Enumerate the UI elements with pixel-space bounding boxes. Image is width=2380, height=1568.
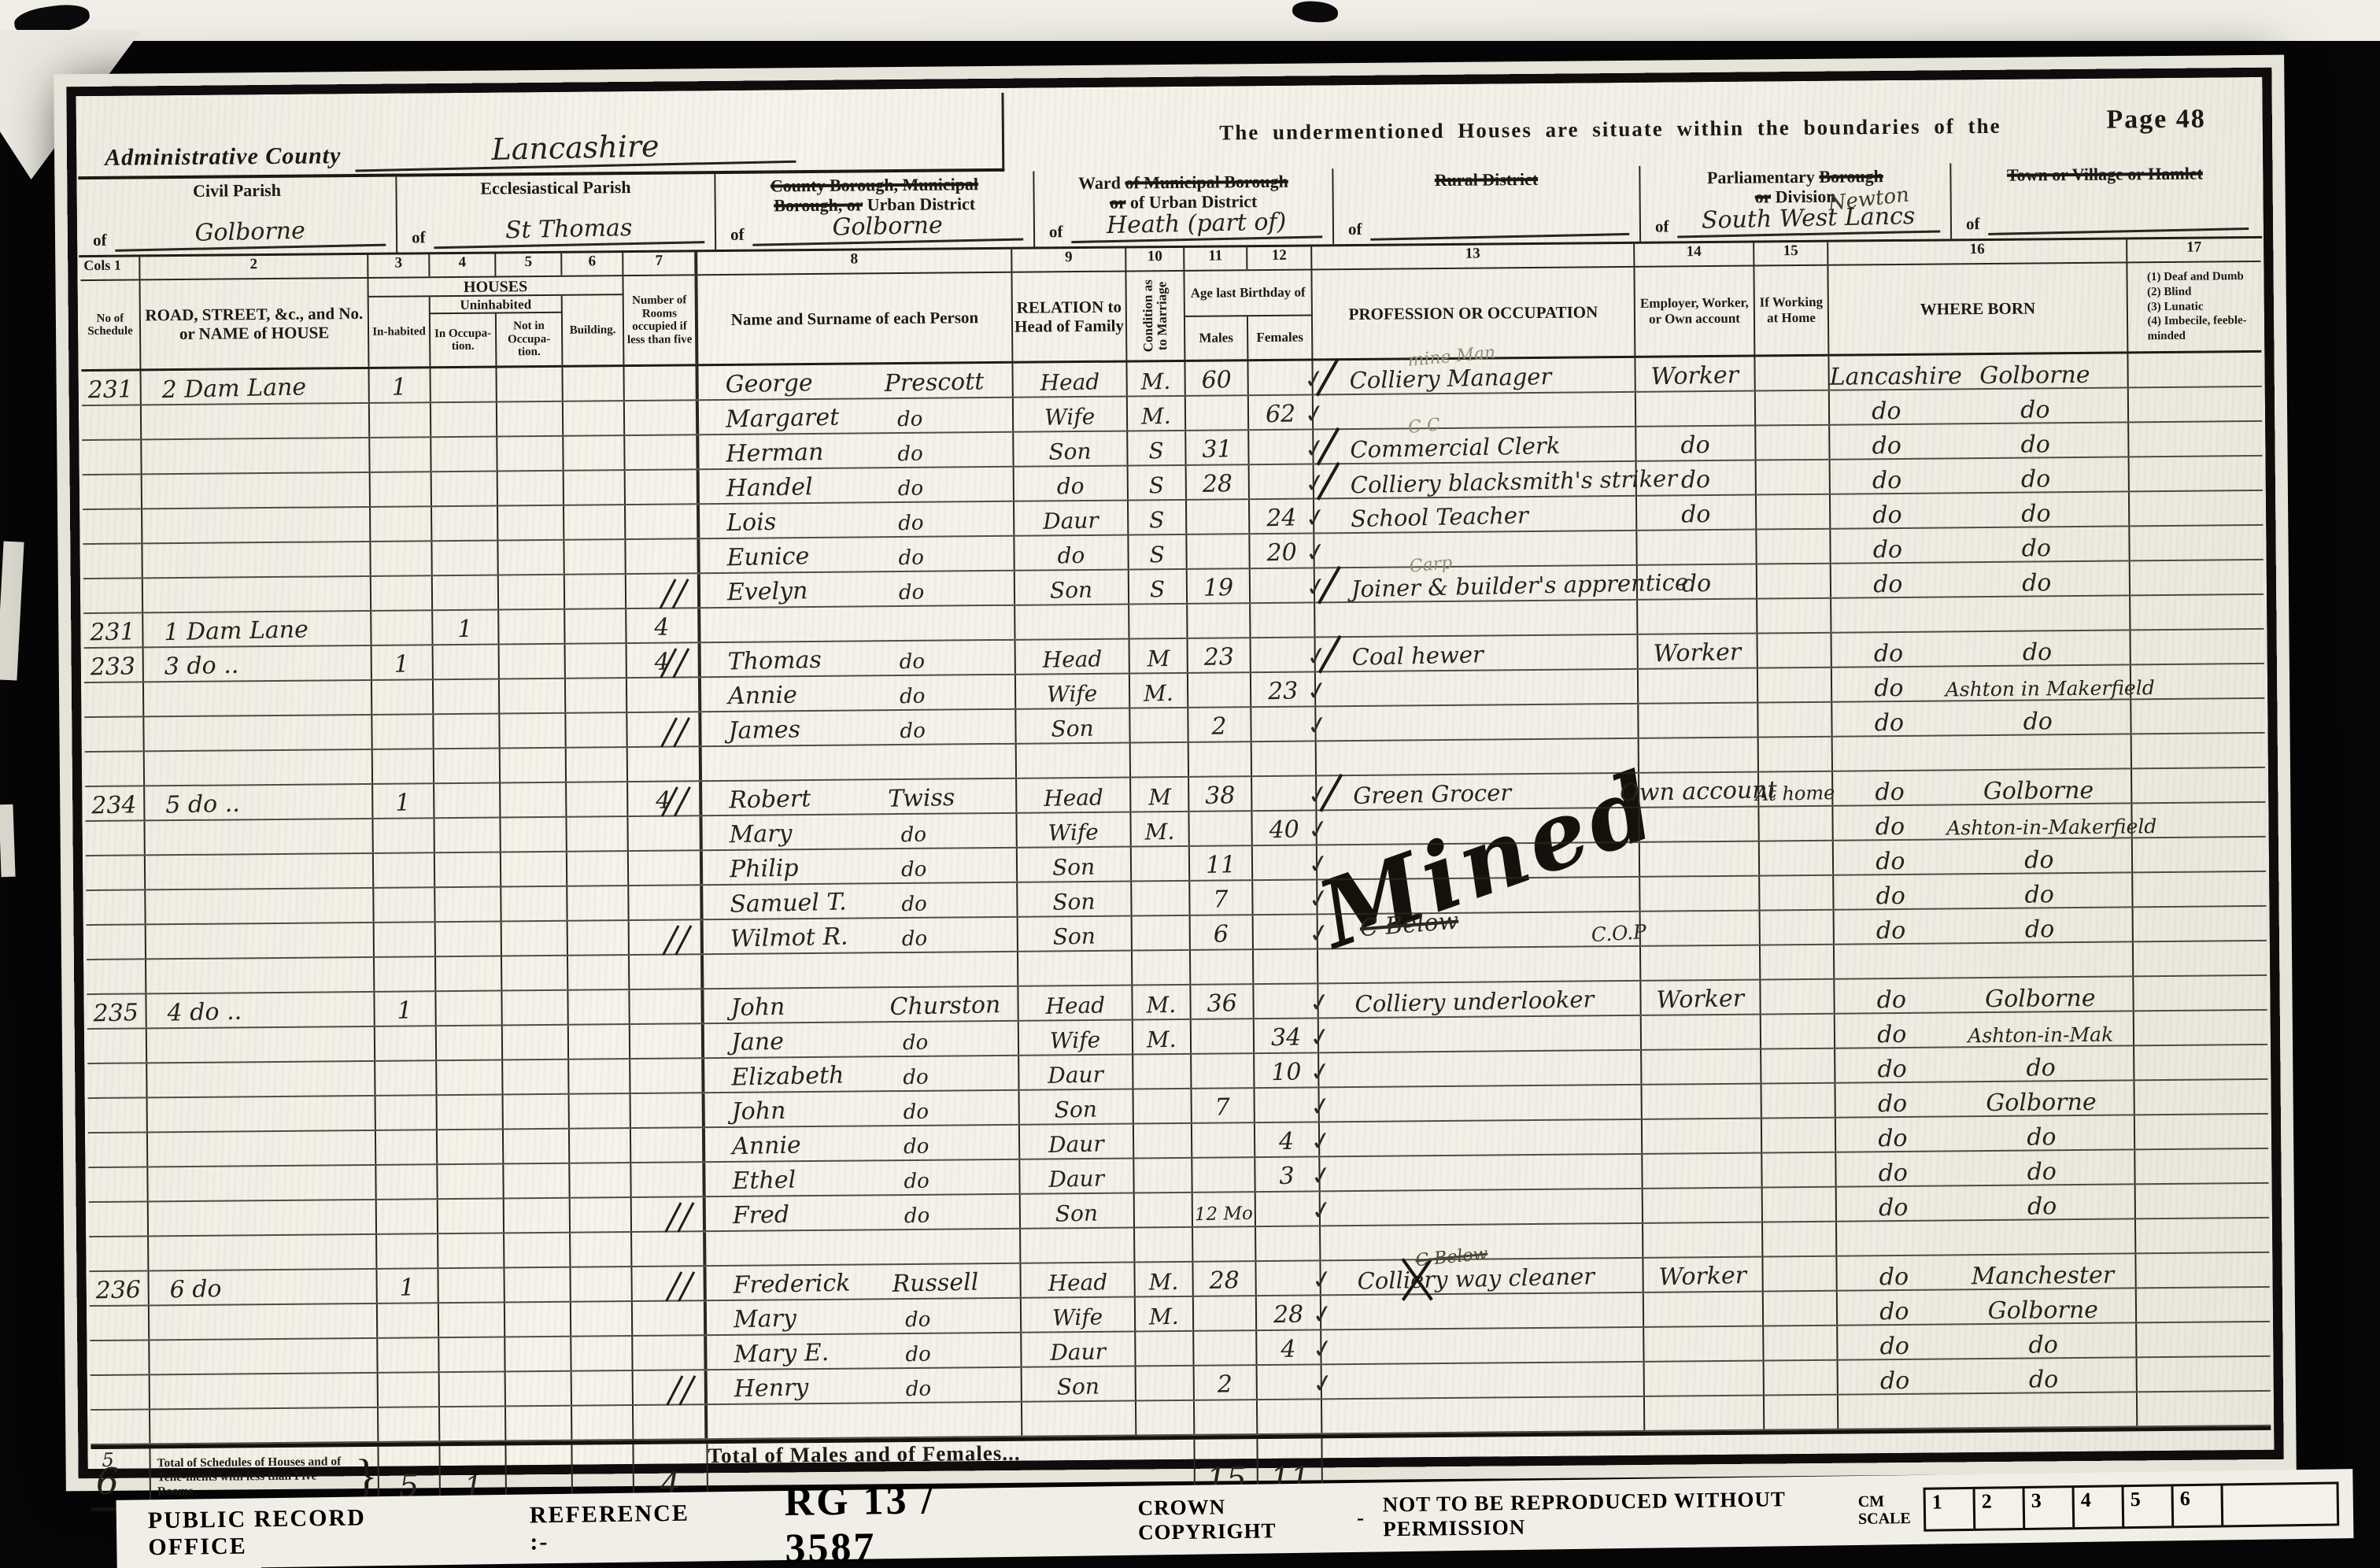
inhabited-cell [373,819,434,852]
uninhabited-in-occupation-cell [436,991,502,1025]
column-number: 5 [496,253,562,276]
name-cell [702,745,1017,780]
born-place: do [1943,467,2128,492]
person-name: Jane [704,1030,785,1058]
district-heading: Ecclesiastical Parish [403,177,708,199]
rooms-cell [631,1128,705,1162]
person-name: Handel [700,475,814,504]
infirmity-cell [2131,560,2264,594]
born-place: do [1949,1056,2134,1081]
rooms-cell [634,1405,708,1439]
employer-worker-value: Worker [1659,1264,1747,1292]
working-at-home-cell [1757,460,1831,494]
condition-cell: S [1129,570,1188,604]
of-label: of [1966,214,1980,234]
condition-value: M. [1149,1271,1179,1296]
uninhabited-in-occupation-cell [436,956,502,990]
inhabited-cell [377,1200,438,1233]
inhabited-cell [376,1165,438,1199]
working-at-home-cell [1761,1015,1835,1048]
inhabited-cell [375,1026,437,1060]
surname-ditto: do [900,686,926,710]
condition-value: S [1150,579,1166,603]
enumerator-tick: ✓ [1304,708,1330,741]
age-males-cell [1195,1400,1258,1434]
age-males-cell [1191,950,1254,984]
uninhabited-not-in-occupation-cell [503,1026,569,1060]
name-cell: FrederickRussell [706,1264,1021,1300]
name-cell: Philipdo [703,849,1018,884]
name-cell: Elizabethdo [704,1056,1019,1092]
employer-worker-cell [1643,1154,1762,1188]
name-cell [708,1403,1022,1438]
infirmity-cell [2130,491,2263,525]
road-cell [145,819,373,855]
born-county: do [1831,572,1945,597]
schedule-number: 234 [91,793,137,820]
building-cell [563,367,624,401]
working-at-home-cell [1758,703,1832,737]
schedule-number-cell [90,1341,150,1374]
where-born-cell [1837,1219,2136,1255]
age-male: 28 [1202,472,1232,499]
infirmity-cell [2137,1322,2270,1356]
employer-worker-value: Worker [1654,641,1742,668]
name-cell: Marydo [702,814,1017,849]
road-cell [146,923,375,959]
surname-ditto: do [905,1310,931,1333]
born-place: do [1943,398,2128,423]
uninhabited-not-in-occupation-cell [504,1233,571,1267]
inhabited-cell [371,542,432,575]
age-female: 4 [1279,1130,1295,1156]
age-males-cell: 2 [1188,708,1251,741]
relation-value: Head [1048,1271,1107,1297]
employer-worker-cell [1639,669,1758,703]
relation-value: Son [1050,579,1093,605]
reproduction-notice: NOT TO BE REPRODUCED WITHOUT PERMISSION [1383,1486,1859,1541]
enumerator-tick: ✓ [1305,812,1331,845]
district-heading: Ward of Municipal Boroughor of Urban Dis… [1040,172,1325,213]
name-cell: Anniedo [705,1126,1020,1161]
condition-cell [1129,605,1188,638]
age-female: 34 [1271,1026,1302,1052]
age-male: 19 [1203,576,1234,603]
col-header-name: Name and Surname of each Person [697,273,1013,364]
schedule-number-cell [85,752,145,786]
born-county: do [1833,780,1946,804]
working-at-home-cell [1762,1119,1836,1152]
enumerator-tick: ✓ [1308,1124,1334,1157]
occupation-cell [1317,739,1639,775]
surname-ditto: do [903,1102,929,1126]
born-place: Ashton-in-Mak [1948,1024,2133,1046]
condition-cell [1135,1228,1193,1262]
road-cell: 5 do .. [145,785,373,820]
where-born-cell: dodo [1837,1185,2136,1220]
relation-cell: Son [1016,708,1130,742]
rooms-count: 4 [654,616,670,642]
condition-cell [1136,1366,1195,1400]
person-name: Mary E. [707,1341,830,1370]
condition-value: M [1148,786,1171,812]
age-males-cell: 60 [1185,361,1248,395]
uninhabited-in-occupation-cell [433,575,499,609]
age-male: 31 [1202,438,1232,464]
relation-value: Daur [1043,509,1099,534]
uninhabited-not-in-occupation-cell [500,679,566,713]
of-label: of [730,225,745,245]
column-number: 16 [1828,239,2127,264]
relation-value: do [1057,545,1085,570]
rooms-cell [628,747,702,781]
age-males-cell [1192,1019,1255,1053]
occupation-cell: ✓ [1321,1328,1644,1364]
uninhabited-not-in-occupation-cell [501,852,567,886]
building-cell [571,1267,632,1301]
where-born-cell: dodo [1836,1150,2135,1185]
working-at-home-cell [1756,391,1830,425]
occupation-cell: ✓CarpJoiner & builder's apprentice [1315,566,1638,602]
uninhabited-not-in-occupation-cell [506,1407,572,1440]
ruler-segment: 3 [2023,1485,2075,1530]
born-county: do [1835,1023,1949,1047]
column-number: 10 [1126,248,1184,271]
where-born-cell: dodo [1830,423,2129,458]
working-at-home-cell [1760,841,1834,875]
schedule-number-cell: 231 [83,613,143,647]
age-males-cell: 12 Mo [1193,1193,1256,1226]
column-number: 8 [697,250,1012,274]
enumerator-tick: ✓ [1309,1193,1335,1226]
age-males-cell: 19 [1188,569,1251,603]
working-at-home-cell [1755,357,1829,390]
schedule-number-cell [87,1063,147,1097]
born-county: do [1830,434,1943,458]
inhabited-cell: 1 [369,368,431,402]
employer-worker-cell [1638,600,1757,634]
relation-cell: do [1014,536,1129,570]
column-number: 13 [1312,244,1635,269]
age-female: 40 [1269,818,1299,845]
admin-county-box: Administrative County Lancashire [77,93,1004,179]
uninhabited-in-occupation-cell [435,887,501,921]
uninhabited-in-occupation-cell [434,679,500,713]
born-county: do [1835,919,1948,943]
condition-value: M. [1144,682,1173,708]
born-place: Golborne [1948,986,2133,1011]
where-born-cell: dodo [1831,457,2130,493]
struck-heading-text: Borough [1819,166,1883,187]
occupation-cell: ✓ [1316,670,1639,706]
schedule-number-cell [88,1098,148,1132]
road-cell [142,438,370,474]
relation-cell: Wife [1019,1020,1133,1054]
uninhabited-not-in-occupation-cell [500,645,566,679]
relation-cell: Daur [1019,1055,1133,1089]
surname-ditto: do [901,860,927,883]
infirmity-line: minded [2148,328,2247,344]
condition-cell: S [1129,466,1187,500]
inhabited-mark: 1 [392,375,408,401]
born-county: do [1831,468,1944,493]
col-header-building: Building. [563,295,625,365]
road-cell: 1 Dam Lane [143,612,371,647]
employer-worker-cell [1640,877,1760,911]
person-name: Annie [701,683,797,712]
inhabited-cell: 1 [372,645,434,679]
person-name: Annie [705,1133,801,1162]
uninhabited-not-in-occupation-cell [498,472,564,505]
of-label: of [93,231,107,250]
born-place: do [1949,1159,2134,1185]
column-number: 3 [368,254,430,277]
surname-ditto: do [904,1137,929,1160]
surname-ditto: do [898,513,924,537]
name-cell: RobertTwiss [702,779,1017,815]
building-cell [569,1060,630,1093]
relation-cell: Head [1018,986,1133,1019]
district-box: Ward of Municipal Boroughor of Urban Dis… [1034,168,1334,246]
working-at-home-cell [1764,1326,1838,1360]
age-males-cell [1186,396,1249,430]
totals-brace: } [355,1448,378,1503]
born-county: do [1838,1334,1951,1359]
name-cell: Hermando [699,433,1014,468]
district-box: Ecclesiastical ParishofSt Thomas [397,174,716,253]
where-born-cell: doGolborne [1835,1081,2134,1116]
occupation-value: Colliery underlooker [1318,988,1594,1019]
relation-value: Daur [1048,1167,1104,1193]
relation-value: Daur [1048,1063,1103,1089]
where-born-cell: doManchester [1837,1254,2136,1289]
schedule-number-cell [83,579,143,612]
occupation-cell: ✓ [1319,1051,1642,1087]
enumerator-tick: ✓ [1306,916,1332,949]
struck-heading-text: or [1755,187,1772,206]
name-cell [704,952,1018,988]
age-male: 2 [1212,715,1228,741]
col-header-working-at-home: If Working at Home [1754,266,1829,355]
col-header-infirmity: (1) Deaf and Dumb(2) Blind(3) Lunatic(4)… [2127,262,2261,351]
where-born-cell: dodo [1832,700,2131,735]
uninhabited-in-occupation-cell [432,541,498,575]
age-female: 24 [1266,506,1297,533]
employer-worker-cell [1642,1085,1761,1119]
column-number: 6 [562,253,623,276]
working-at-home-cell [1760,876,1834,910]
column-number: 15 [1754,242,1828,265]
relation-value: Wife [1052,1306,1103,1331]
surname-ditto: do [905,1344,931,1368]
road-cell [145,750,373,786]
born-county: do [1836,1092,1949,1116]
infirmity-line: (2) Blind [2147,284,2246,300]
uninhabited-not-in-occupation-cell [497,437,564,471]
person-name: John [704,1100,785,1127]
employer-worker-cell: do [1636,427,1756,460]
employer-worker-cell [1641,912,1761,945]
rooms-cell [631,1093,705,1127]
relation-cell: Wife [1017,812,1131,846]
surname-ditto: do [898,548,924,571]
condition-value: M. [1149,1306,1179,1331]
building-cell [568,956,630,989]
age-male: 12 Mo [1195,1205,1254,1227]
condition-value: S [1150,544,1166,568]
working-at-home-cell [1763,1257,1837,1291]
inhabited-cell [372,715,434,749]
uninhabited-not-in-occupation-cell [501,818,567,852]
where-born-cell [1831,596,2131,631]
district-heading: County Borough, MunicipalBorough, or Urb… [722,175,1026,216]
working-at-home-cell [1761,945,1835,979]
district-value: South West Lancs [1676,204,1939,238]
condition-cell [1135,1193,1193,1227]
age-male: 6 [1214,923,1229,949]
infirmity-cell [2135,1115,2268,1148]
road-cell [148,1096,376,1132]
building-cell [571,1337,633,1370]
building-cell [564,471,626,505]
working-at-home-cell [1765,1361,1839,1395]
born-place: do [1947,917,2132,942]
occupation-cell: ✓ [1319,1016,1642,1052]
col-header-schedule: No of Schedule [80,280,141,369]
employer-worker-cell [1639,808,1759,841]
road-cell [142,404,370,439]
occupation-cell [1315,601,1638,637]
inhabited-cell [376,1096,438,1130]
age-male: 23 [1203,645,1234,672]
relation-value: Son [1053,891,1096,916]
inhabited-cell [377,1234,438,1268]
inhabited-cell: 1 [375,992,436,1026]
age-females-cell [1258,1400,1322,1433]
houses-group-title: HOUSES [368,276,623,298]
occupation-cell: ✓ [1320,1085,1643,1122]
district-value [1987,202,2248,235]
occupation-value: Green Grocer [1317,782,1512,811]
relation-cell: Son [1014,432,1128,466]
where-born-cell: dodo [1836,1115,2135,1151]
age-males-cell: 6 [1191,915,1254,949]
condition-cell: M. [1133,1020,1192,1054]
condition-cell [1131,743,1189,777]
born-place: do [1945,640,2130,665]
condition-cell [1133,951,1191,985]
inhabited-cell [373,749,434,783]
name-cell: Jamesdo [701,710,1016,745]
working-at-home-cell [1757,495,1831,529]
totals-schedule-big: 6 [95,1463,119,1503]
uninhabited-in-occupation-cell [439,1303,505,1337]
working-at-home-cell: At home [1759,772,1833,806]
employer-worker-cell: do [1638,565,1757,599]
age-male: 7 [1215,1096,1231,1122]
road-cell [143,577,371,612]
schedule-number-cell [83,544,142,578]
enumerator-tick: ✓ [1306,847,1332,880]
occupation-cell: ✓ [1320,1155,1643,1191]
occupation-value: Colliery way cleaner [1321,1265,1595,1296]
heading-text: Ward [1078,173,1125,194]
relation-value: Wife [1047,682,1098,708]
totals-label: Total of Schedules of Houses and of Tene… [151,1453,354,1500]
road-cell [142,473,371,508]
occupation-cell: ✓ [1321,1189,1643,1226]
rooms-cell [629,851,703,885]
age-males-cell: 11 [1190,846,1253,880]
struck-heading-text: or [1110,192,1126,212]
schedule-number-cell [87,960,146,993]
relation-cell: Son [1021,1193,1135,1227]
working-at-home-cell [1757,564,1831,598]
rooms-cell [626,539,700,573]
building-cell [564,540,626,574]
occupation-cell: ✓ [1321,1293,1644,1329]
schedule-number-cell: 233 [84,648,144,682]
rooms-cell [627,678,701,712]
totals-schedule-cell: 5 6 [91,1448,151,1507]
occupation-cell: ✓ [1317,843,1640,879]
inhabited-cell [372,680,434,714]
working-at-home-cell [1759,807,1833,841]
condition-cell [1134,1159,1192,1193]
building-cell [567,886,629,920]
uninhabited-in-occupation-cell [438,1130,504,1163]
building-cell [565,609,626,643]
inhabited-cell [379,1407,440,1441]
surname-ditto: do [904,1206,930,1230]
schedule-number-cell [82,440,142,474]
relation-cell: Son [1018,916,1133,950]
inhabited-cell [371,507,432,541]
condition-cell: M. [1131,812,1189,846]
infirmity-cell [2134,907,2267,941]
heading-text: Ecclesiastical Parish [480,177,630,198]
born-place: Ashton in Makerfield [1946,678,2131,700]
district-box: Parliamentary Boroughor DivisionNewtonof… [1640,163,1952,241]
col-group-age: Age last Birthday of Males Females [1184,270,1313,359]
age-males-cell [1188,604,1251,638]
age-male: 11 [1206,853,1236,880]
building-cell [571,1233,632,1267]
occupation-cell: ✓School Teacher [1314,497,1637,533]
age-males-cell: 23 [1188,638,1251,672]
rooms-cell [629,886,703,919]
infirmity-cell [2135,1149,2268,1183]
born-county: do [1834,884,1947,908]
district-heading: Town or Village or Hamlet [1957,164,2252,186]
uninhabited-title: Uninhabited [431,296,563,314]
struck-heading-text: Borough, or [774,194,863,215]
inhabited-cell [371,576,433,610]
condition-cell [1132,847,1190,881]
infirmity-cell [2132,803,2265,837]
born-place: do [1943,432,2128,457]
schedule-number: 233 [91,655,136,682]
building-cell [566,713,627,747]
relation-cell [1022,1401,1136,1435]
born-county: do [1835,1057,1949,1082]
born-county: do [1830,399,1943,423]
age-males-cell [1187,500,1250,534]
employer-worker-cell [1637,531,1757,564]
condition-cell [1136,1401,1195,1435]
column-number: 9 [1012,249,1126,272]
working-at-home-value: At home [1755,783,1835,806]
